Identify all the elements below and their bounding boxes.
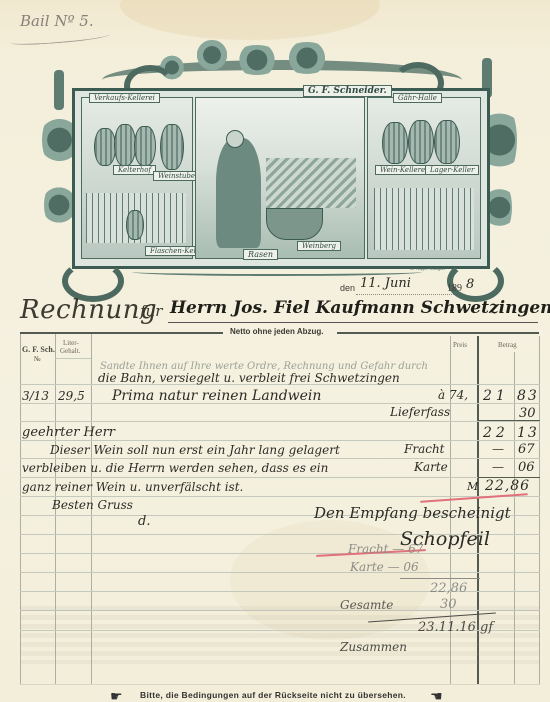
company-name-banner: G. F. Schneider. bbox=[303, 85, 392, 97]
vignette-frame: Verkaufs-Kellerei Kelterhof Weinstube Fl… bbox=[72, 88, 490, 269]
footer-notice: Bitte, die Bedingungen auf der Rückseite… bbox=[140, 690, 406, 700]
date-year-printed: 189 bbox=[447, 283, 462, 294]
letter-salutation: geehrter Herr bbox=[22, 425, 115, 440]
grape-tub bbox=[266, 208, 323, 240]
panel-town-view bbox=[195, 97, 365, 259]
total-currency: M bbox=[467, 480, 478, 493]
row1-number: 3/13 bbox=[22, 389, 49, 403]
date-day-month: 11. Juni bbox=[360, 276, 411, 291]
pencil-freight: Fracht — 67 bbox=[348, 542, 423, 556]
barrel-icon bbox=[134, 126, 156, 166]
subtotal-mark: 22 bbox=[483, 425, 509, 441]
col-header-preis: Preis bbox=[453, 341, 467, 349]
row1-price: à 74, bbox=[438, 388, 468, 402]
banner-sales-cellar: Verkaufs-Kellerei bbox=[89, 93, 160, 103]
row1-amount-mark: 21 bbox=[483, 388, 509, 404]
receipt-note: Den Empfang bescheinigt bbox=[314, 504, 511, 522]
letterhead-vignette: Verkaufs-Kellerei Kelterhof Weinstube Fl… bbox=[42, 40, 517, 290]
pencil-zusammen: Zusammen bbox=[340, 640, 407, 654]
header-rule-right bbox=[337, 332, 539, 334]
scroll-ornament-icon bbox=[447, 260, 504, 302]
header-subrule bbox=[55, 358, 91, 359]
barrel-icon bbox=[94, 128, 116, 166]
letter-closing: Besten Gruss bbox=[52, 498, 133, 512]
card-label: Karte bbox=[414, 460, 448, 474]
paper-stain bbox=[120, 0, 380, 40]
pencil-sum-line bbox=[400, 578, 480, 579]
archive-note: Bail Nº 5. bbox=[20, 12, 94, 30]
footer-rule bbox=[20, 684, 540, 685]
pencil-total: 22,86 bbox=[430, 581, 467, 596]
invoice-for-label: für bbox=[140, 302, 162, 320]
banner-vineyard: Weinberg bbox=[297, 241, 341, 251]
pointing-hand-left-icon: ☛ bbox=[430, 689, 443, 702]
ledger-row-line bbox=[20, 553, 540, 554]
pencil-gesamte: Gesamte bbox=[340, 598, 393, 612]
grape-cluster-icon bbox=[487, 180, 512, 235]
letter-initial: d. bbox=[138, 514, 150, 529]
grape-cluster-icon bbox=[44, 180, 74, 230]
cellar-arches bbox=[374, 188, 474, 250]
row2-description: Lieferfass bbox=[390, 405, 450, 419]
ledger-row-line bbox=[20, 477, 540, 478]
barrel-icon bbox=[126, 210, 144, 240]
card-mark: — bbox=[492, 460, 504, 474]
date-year-handwritten: 8 bbox=[466, 277, 474, 292]
banner-fermenting-hall: Gähr-Halle bbox=[393, 93, 442, 103]
woman-head bbox=[226, 130, 244, 148]
barrel-icon bbox=[114, 124, 136, 166]
vine-leaf-icon bbox=[282, 42, 332, 74]
col-header-liter: Liter- bbox=[63, 339, 79, 347]
barrel-icon bbox=[160, 124, 184, 170]
ledger-row-line bbox=[20, 421, 540, 422]
ornament-base bbox=[132, 268, 422, 276]
letter-line-3: ganz reiner Wein u. unverfälscht ist. bbox=[22, 480, 243, 494]
barrel-icon bbox=[434, 120, 460, 164]
banner-storage-cellar: Lager-Keller bbox=[425, 165, 479, 175]
row2-amount-pfennig: 30 bbox=[519, 406, 536, 421]
netto-notice: Netto ohne jeden Abzug. bbox=[230, 327, 323, 336]
date-underline bbox=[356, 294, 454, 295]
row1-liter: 29,5 bbox=[58, 389, 85, 403]
col-header-betrag: Betrag bbox=[498, 341, 517, 349]
town-roofs bbox=[266, 158, 356, 208]
freight-label: Fracht bbox=[404, 442, 445, 456]
col-header-number: № bbox=[34, 355, 41, 363]
barrel-icon bbox=[382, 122, 408, 164]
banner-press-house: Kelterhof bbox=[113, 165, 156, 175]
card-pfennig: 06 bbox=[518, 460, 535, 475]
pencil-grand-total: 23.11.16 gf bbox=[418, 620, 493, 635]
letter-line-2: verbleiben u. die Herrn werden sehen, da… bbox=[22, 461, 328, 475]
letter-line-1: Dieser Wein soll nun erst ein Jahr lang … bbox=[50, 443, 340, 457]
freight-mark: — bbox=[492, 442, 504, 456]
date-prefix: den bbox=[340, 283, 355, 293]
barrel-icon bbox=[408, 120, 434, 164]
pencil-barrel: 30 bbox=[440, 597, 457, 612]
invoice-recipient: Herrn Jos. Fiel Kaufmann Schwetzingen bbox=[170, 298, 550, 318]
col-header-gehalt: Gehalt. bbox=[60, 347, 80, 355]
vine-leaf-icon bbox=[192, 40, 232, 70]
invoice-title: Rechnung bbox=[20, 295, 157, 325]
banner-wine-room: Weinstube bbox=[153, 171, 200, 181]
pointing-hand-right-icon: ☛ bbox=[110, 689, 123, 702]
finial-left bbox=[54, 70, 64, 110]
col-header-gfsch: G. F. Sch. bbox=[22, 345, 55, 354]
woman-figure bbox=[216, 138, 261, 248]
header-rule-left bbox=[20, 332, 223, 334]
ledger-row-line bbox=[20, 440, 540, 441]
banner-wine-cellar: Wein-Kellerei bbox=[375, 165, 432, 175]
vine-leaf-icon bbox=[232, 45, 282, 75]
row1-amount-pfennig: 83 bbox=[517, 388, 539, 404]
engraver-credit: W. Hoppe, Stuttgart bbox=[410, 266, 445, 271]
banner-lawn: Rasen bbox=[243, 249, 278, 260]
handwritten-intro: die Bahn, versiegelt u. verbleit frei Sc… bbox=[98, 371, 400, 385]
recipient-underline bbox=[168, 322, 538, 323]
row1-description: Prima natur reinen Landwein bbox=[112, 388, 321, 404]
subtotal-pfennig: 13 bbox=[517, 425, 539, 441]
panel-fermenting-hall bbox=[367, 97, 481, 259]
freight-pfennig: 67 bbox=[518, 442, 535, 457]
ledger-row-line bbox=[20, 572, 540, 573]
total-amount: 22,86 bbox=[485, 478, 530, 494]
ledger-row-line bbox=[20, 458, 540, 459]
pencil-card: Karte — 06 bbox=[350, 560, 419, 574]
